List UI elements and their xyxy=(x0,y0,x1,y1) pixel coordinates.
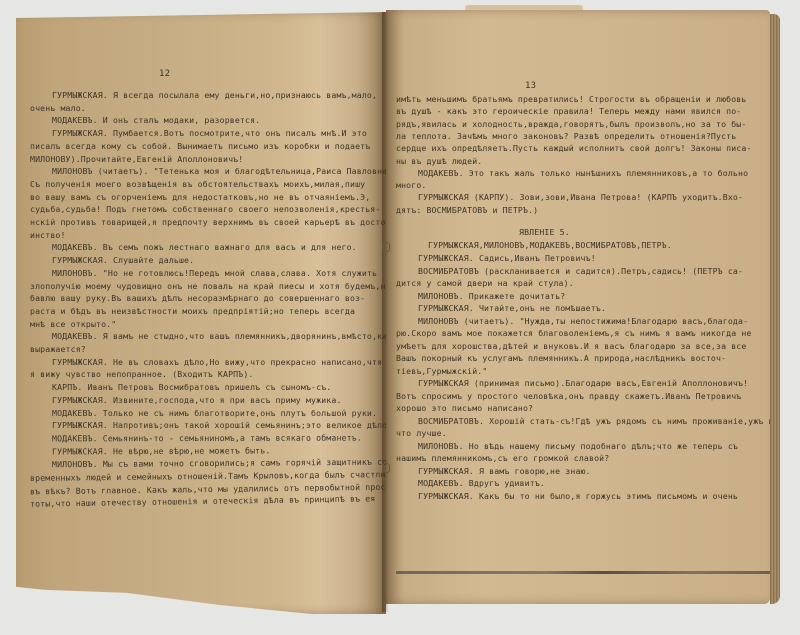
text-line: много. xyxy=(396,179,426,191)
text-line: имѣть меньшимъ братьямъ превратились! Ст… xyxy=(396,93,746,105)
text-line: ГУРМЫЖСКАЯ. Извините,господа,что я при в… xyxy=(30,394,342,406)
text-line: МОДАКЕВЪ. Только не съ нимъ благотворите… xyxy=(30,407,377,419)
text-line: МИЛОНОВЪ (читаетъ). "Нужда,ты непостижим… xyxy=(396,315,748,327)
text-line: умѣетъ для хорошства,дѣтей и внуковъ.И я… xyxy=(396,340,746,352)
text-line: ВОСМИБРАТОВЪ. Хорошій стать-съ!Гдѣ ужъ р… xyxy=(396,415,770,427)
bottom-rule-line xyxy=(396,571,770,574)
page-stack-edge xyxy=(770,14,780,604)
open-book: 12 ГУРМЫЖСКАЯ. Я всегда посылала ему ден… xyxy=(0,0,800,635)
text-line: МОДАКЕВЪ. И онъ сталъ модаки, разорвется… xyxy=(30,114,260,126)
text-line: ГУРМЫЖСКАЯ. Я вамъ говорю,не знаю. xyxy=(396,465,591,477)
text-line: ГУРМЫЖСКАЯ. Напротивъ;онъ такой хорошій … xyxy=(30,419,386,431)
text-line: очень мало. xyxy=(30,102,86,114)
text-line: раста и бѣдъ въ неизвѣстности моихъ пред… xyxy=(30,305,355,317)
text-line: нашимъ племянникомъ,съ его громкой славо… xyxy=(396,452,609,464)
left-page: 12 ГУРМЫЖСКАЯ. Я всегда посылала ему ден… xyxy=(16,12,386,614)
text-line: КАРПЪ. Иванъ Петровъ Восмибратовъ пришел… xyxy=(30,381,331,393)
text-line: злополучію моему чудовищно онъ не поваль… xyxy=(30,280,386,292)
text-line: сердце ихъ опредѣляетъ.Пусть каждый испо… xyxy=(396,142,752,154)
book-spine xyxy=(382,12,388,612)
text-line: МИЛОНОВЪ. "Но не готовлюсь!Передъ мной с… xyxy=(30,267,377,279)
text-line: ВОСМИБРАТОВЪ (раскланивается и садится).… xyxy=(396,265,743,277)
text-line: инство! xyxy=(30,229,66,241)
text-line: ГУРМЫЖСКАЯ (принимая письмо).Благодарю в… xyxy=(396,377,748,389)
text-line: ГУРМЫЖСКАЯ. Я всегда посылала ему деньги… xyxy=(30,89,377,101)
text-line: нскій противъ товарищей,я предпочту верх… xyxy=(30,216,386,228)
text-line: ГУРМЫЖСКАЯ. Садись,Иванъ Петровичъ! xyxy=(396,252,596,264)
staple-bottom xyxy=(382,463,390,473)
text-line: мнѣ все открыто." xyxy=(30,318,116,330)
page-number-left: 12 xyxy=(159,68,170,80)
text-line: выражается? xyxy=(30,343,86,355)
scene-characters: ГУРМЫЖСКАЯ,МИЛОНОВЪ,МОДАКЕВЪ,ВОСМИБРАТОВ… xyxy=(428,239,672,251)
text-line: рядъ,явилась и холодность,вражда,говорят… xyxy=(396,118,746,130)
text-line: что лучше. xyxy=(396,427,447,439)
text-line: во вашу вамъ съ огорченіемъ для недостат… xyxy=(30,191,370,203)
scene-heading: ЯВЛЕНІЕ 5. xyxy=(519,226,570,238)
text-line: тіевъ,Гурмыжскій." xyxy=(396,365,487,377)
text-line: МИЛОНОВУ).Прочитайте,Евгеній Аполлонович… xyxy=(30,153,243,165)
text-line: МИЛОНОВЪ. Прикажете дочитать? xyxy=(396,290,565,302)
text-line: МОДАКЕВЪ. Вдругъ удивитъ. xyxy=(396,477,545,489)
text-line: ГУРМЫЖСКАЯ (КАРПУ). Зови,зови,Ивана Петр… xyxy=(396,191,743,203)
text-line: МОДАКЕВЪ. Въ семъ пожъ лестнаго важнаго … xyxy=(30,241,357,253)
text-line: дится у самой двери на край стула). xyxy=(396,277,574,289)
text-line: МОДАКЕВЪ. Это такъ жаль только нынѣшнихъ… xyxy=(396,167,748,179)
text-line: ГУРМЫЖСКАЯ. Пумбается.Вотъ посмотрите,чт… xyxy=(30,127,367,139)
text-line: ГУРМЫЖСКАЯ. Какъ бы то ни было,я горжусь… xyxy=(396,490,738,502)
text-line: ла теплота. Зачѣмъ много законовъ? Развѣ… xyxy=(396,130,736,142)
text-line: я вижу чувство непопранное. (Входитъ КАР… xyxy=(30,368,254,380)
text-line: ГУРМЫЖСКАЯ. Не въ словахъ дѣло,Но вижу,ч… xyxy=(30,356,382,368)
text-line: въ душѣ - какъ это героическіе правила! … xyxy=(396,105,741,117)
text-line: хорошо это письмо написано? xyxy=(396,402,533,414)
text-line: МИЛОНОВЪ (читаетъ). "Тетенька моя и благ… xyxy=(30,165,386,177)
text-line: МОДАКЕВЪ. Я вамъ не стыдно,что вашъ плем… xyxy=(30,330,386,342)
text-line: Вашъ покорный къ услугамъ племянникъ.А п… xyxy=(396,352,726,364)
text-line: ГУРМЫЖСКАЯ. Не вѣрю,не вѣрю,не можетъ бы… xyxy=(30,444,270,457)
text-line: МОДАКЕВЪ. Семьянинъ-то - семьяниномъ,а т… xyxy=(30,431,362,444)
staple-top xyxy=(382,242,390,252)
text-line: писалъ всегда кому съ собой. Вынимаетъ п… xyxy=(30,140,370,152)
text-line: бавлю вашу руку.Въ вашихъ дѣлъ несоразмѣ… xyxy=(30,292,365,304)
right-page: 13 имѣть меньшимъ братьямъ превратились!… xyxy=(386,10,770,604)
text-line: ГУРМЫЖСКАЯ. Читайте,онъ не помѣшаетъ. xyxy=(396,302,606,314)
text-line: Съ полученія моего возвѣщенія въ обстоят… xyxy=(30,178,365,190)
text-line: рю.Скоро вамъ мое покажется благоволеніе… xyxy=(396,327,752,339)
page-number-right: 13 xyxy=(525,80,536,92)
text-line: ГУРМЫЖСКАЯ. Слушайте дальше. xyxy=(30,254,194,266)
text-line: Вотъ спросимъ у простого человѣка,онъ пр… xyxy=(396,390,741,402)
text-line: МИЛОНОВЪ. Но вѣдь нашему письму подобнаг… xyxy=(396,440,738,452)
text-line: ны въ душѣ людей. xyxy=(396,155,482,167)
text-line: дятъ: ВОСМИБРАТОВЪ и ПЕТРЪ.) xyxy=(396,204,538,216)
text-line: судьба,судьба! Подъ гнетомъ собственнаго… xyxy=(30,203,380,215)
